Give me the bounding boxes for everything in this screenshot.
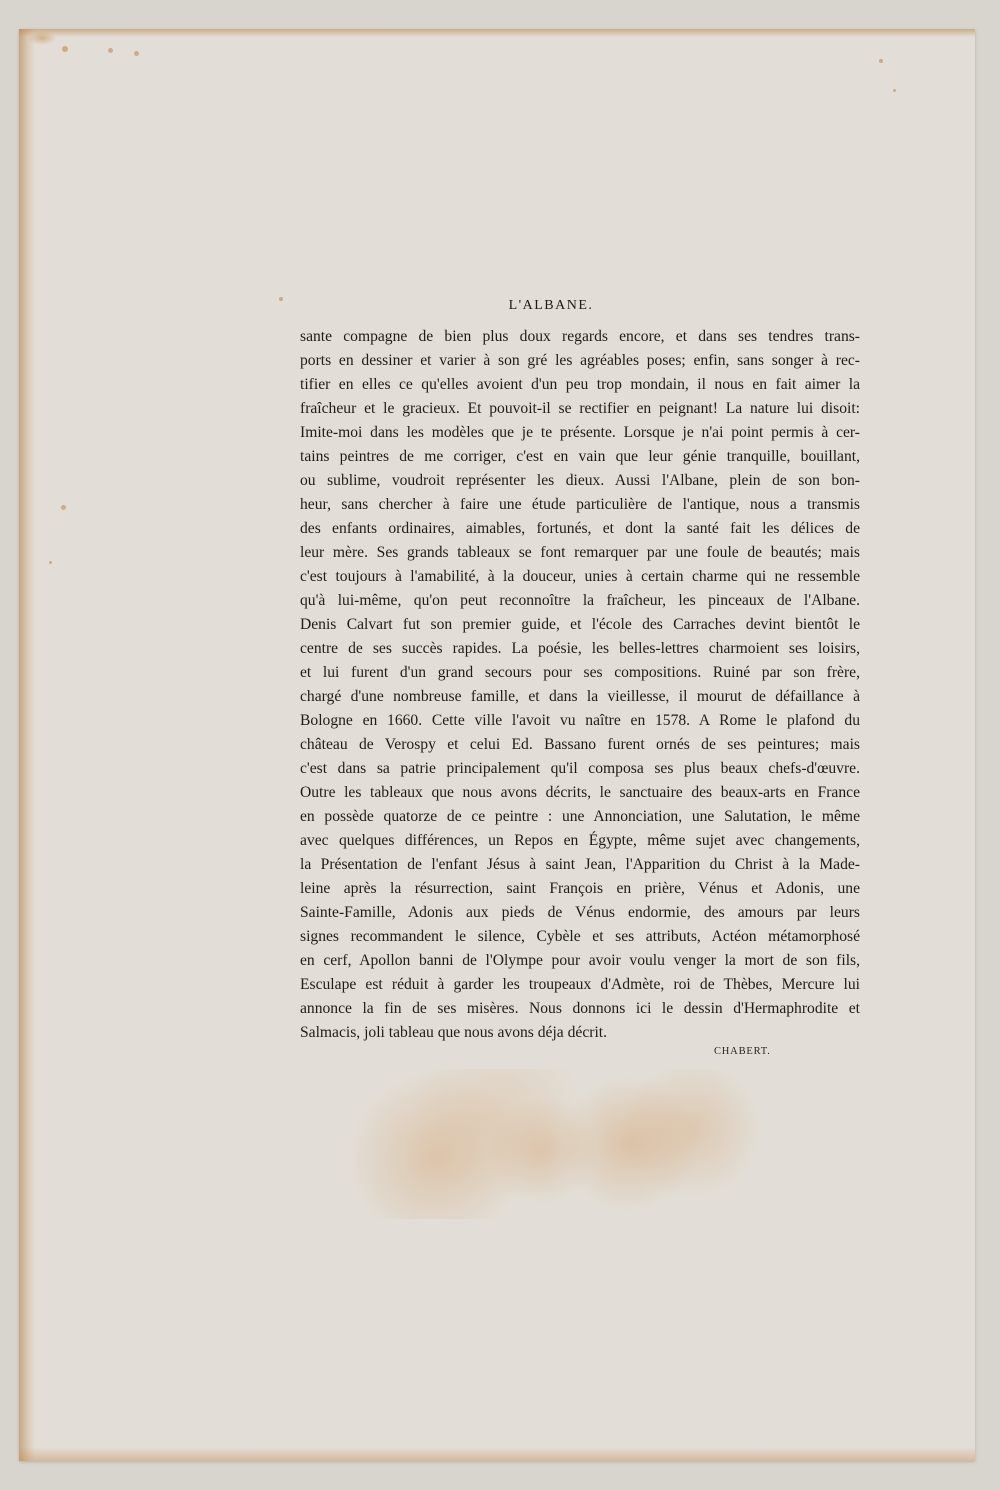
- stained-bottom-edge: [19, 1447, 975, 1461]
- text-line: des enfants ordinaires, aimables, fortun…: [300, 517, 860, 541]
- text-line: Outre les tableaux que nous avons décrit…: [300, 781, 860, 805]
- text-line: sante compagne de bien plus doux regards…: [300, 325, 860, 349]
- text-line: Denis Calvart fut son premier guide, et …: [300, 613, 860, 637]
- text-line: annonce la fin de ses misères. Nous donn…: [300, 997, 860, 1021]
- text-line: leur mère. Ses grands tableaux se font r…: [300, 541, 860, 565]
- text-line: centre de ses succès rapides. La poésie,…: [300, 637, 860, 661]
- text-line: Sainte-Famille, Adonis aux pieds de Vénu…: [300, 901, 860, 925]
- text-line: en cerf, Apollon banni de l'Olympe pour …: [300, 949, 860, 973]
- text-line: ou sublime, voudroit représenter les die…: [300, 469, 860, 493]
- page-title: L'ALBANE.: [0, 298, 1000, 314]
- stained-top-edge: [19, 29, 975, 37]
- foxing-spot: [108, 48, 113, 53]
- text-line: c'est dans sa patrie principalement qu'i…: [300, 757, 860, 781]
- text-line: c'est toujours à l'amabilité, à la douce…: [300, 565, 860, 589]
- body-text: sante compagne de bien plus doux regards…: [300, 325, 860, 1045]
- corner-stain: [27, 31, 57, 45]
- foxing-spot: [61, 505, 66, 510]
- foxing-spot: [49, 561, 52, 564]
- text-line: tains peintres de me corriger, c'est en …: [300, 445, 860, 469]
- text-line: chargé d'une nombreuse famille, et dans …: [300, 685, 860, 709]
- text-line: Esculape est réduit à garder les troupea…: [300, 973, 860, 997]
- foxing-stain: [349, 1069, 779, 1219]
- text-line: château de Verospy et celui Ed. Bassano …: [300, 733, 860, 757]
- stained-left-edge: [19, 29, 35, 1461]
- text-line: Bologne en 1660. Cette ville l'avoit vu …: [300, 709, 860, 733]
- text-line: fraîcheur et le gracieux. Et pouvoit-il …: [300, 397, 860, 421]
- text-line: leine après la résurrection, saint Franç…: [300, 877, 860, 901]
- text-line: la Présentation de l'enfant Jésus à sain…: [300, 853, 860, 877]
- author-signature: CHABERT.: [714, 1046, 771, 1057]
- foxing-spot: [879, 59, 883, 63]
- text-line: Imite-moi dans les modèles que je te pré…: [300, 421, 860, 445]
- text-line: qu'à lui-même, qu'on peut reconnoître la…: [300, 589, 860, 613]
- foxing-spot: [893, 89, 896, 92]
- text-line: ports en dessiner et varier à son gré le…: [300, 349, 860, 373]
- text-line: signes recommandent le silence, Cybèle e…: [300, 925, 860, 949]
- foxing-spot: [62, 46, 68, 52]
- text-line: Salmacis, joli tableau que nous avons dé…: [300, 1021, 860, 1045]
- text-line: et lui furent d'un grand secours pour se…: [300, 661, 860, 685]
- text-line: heur, sans chercher à faire une étude pa…: [300, 493, 860, 517]
- text-line: tifier en elles ce qu'elles avoient d'un…: [300, 373, 860, 397]
- foxing-spot: [134, 51, 139, 56]
- text-line: avec quelques différences, un Repos en É…: [300, 829, 860, 853]
- text-line: en possède quatorze de ce peintre : une …: [300, 805, 860, 829]
